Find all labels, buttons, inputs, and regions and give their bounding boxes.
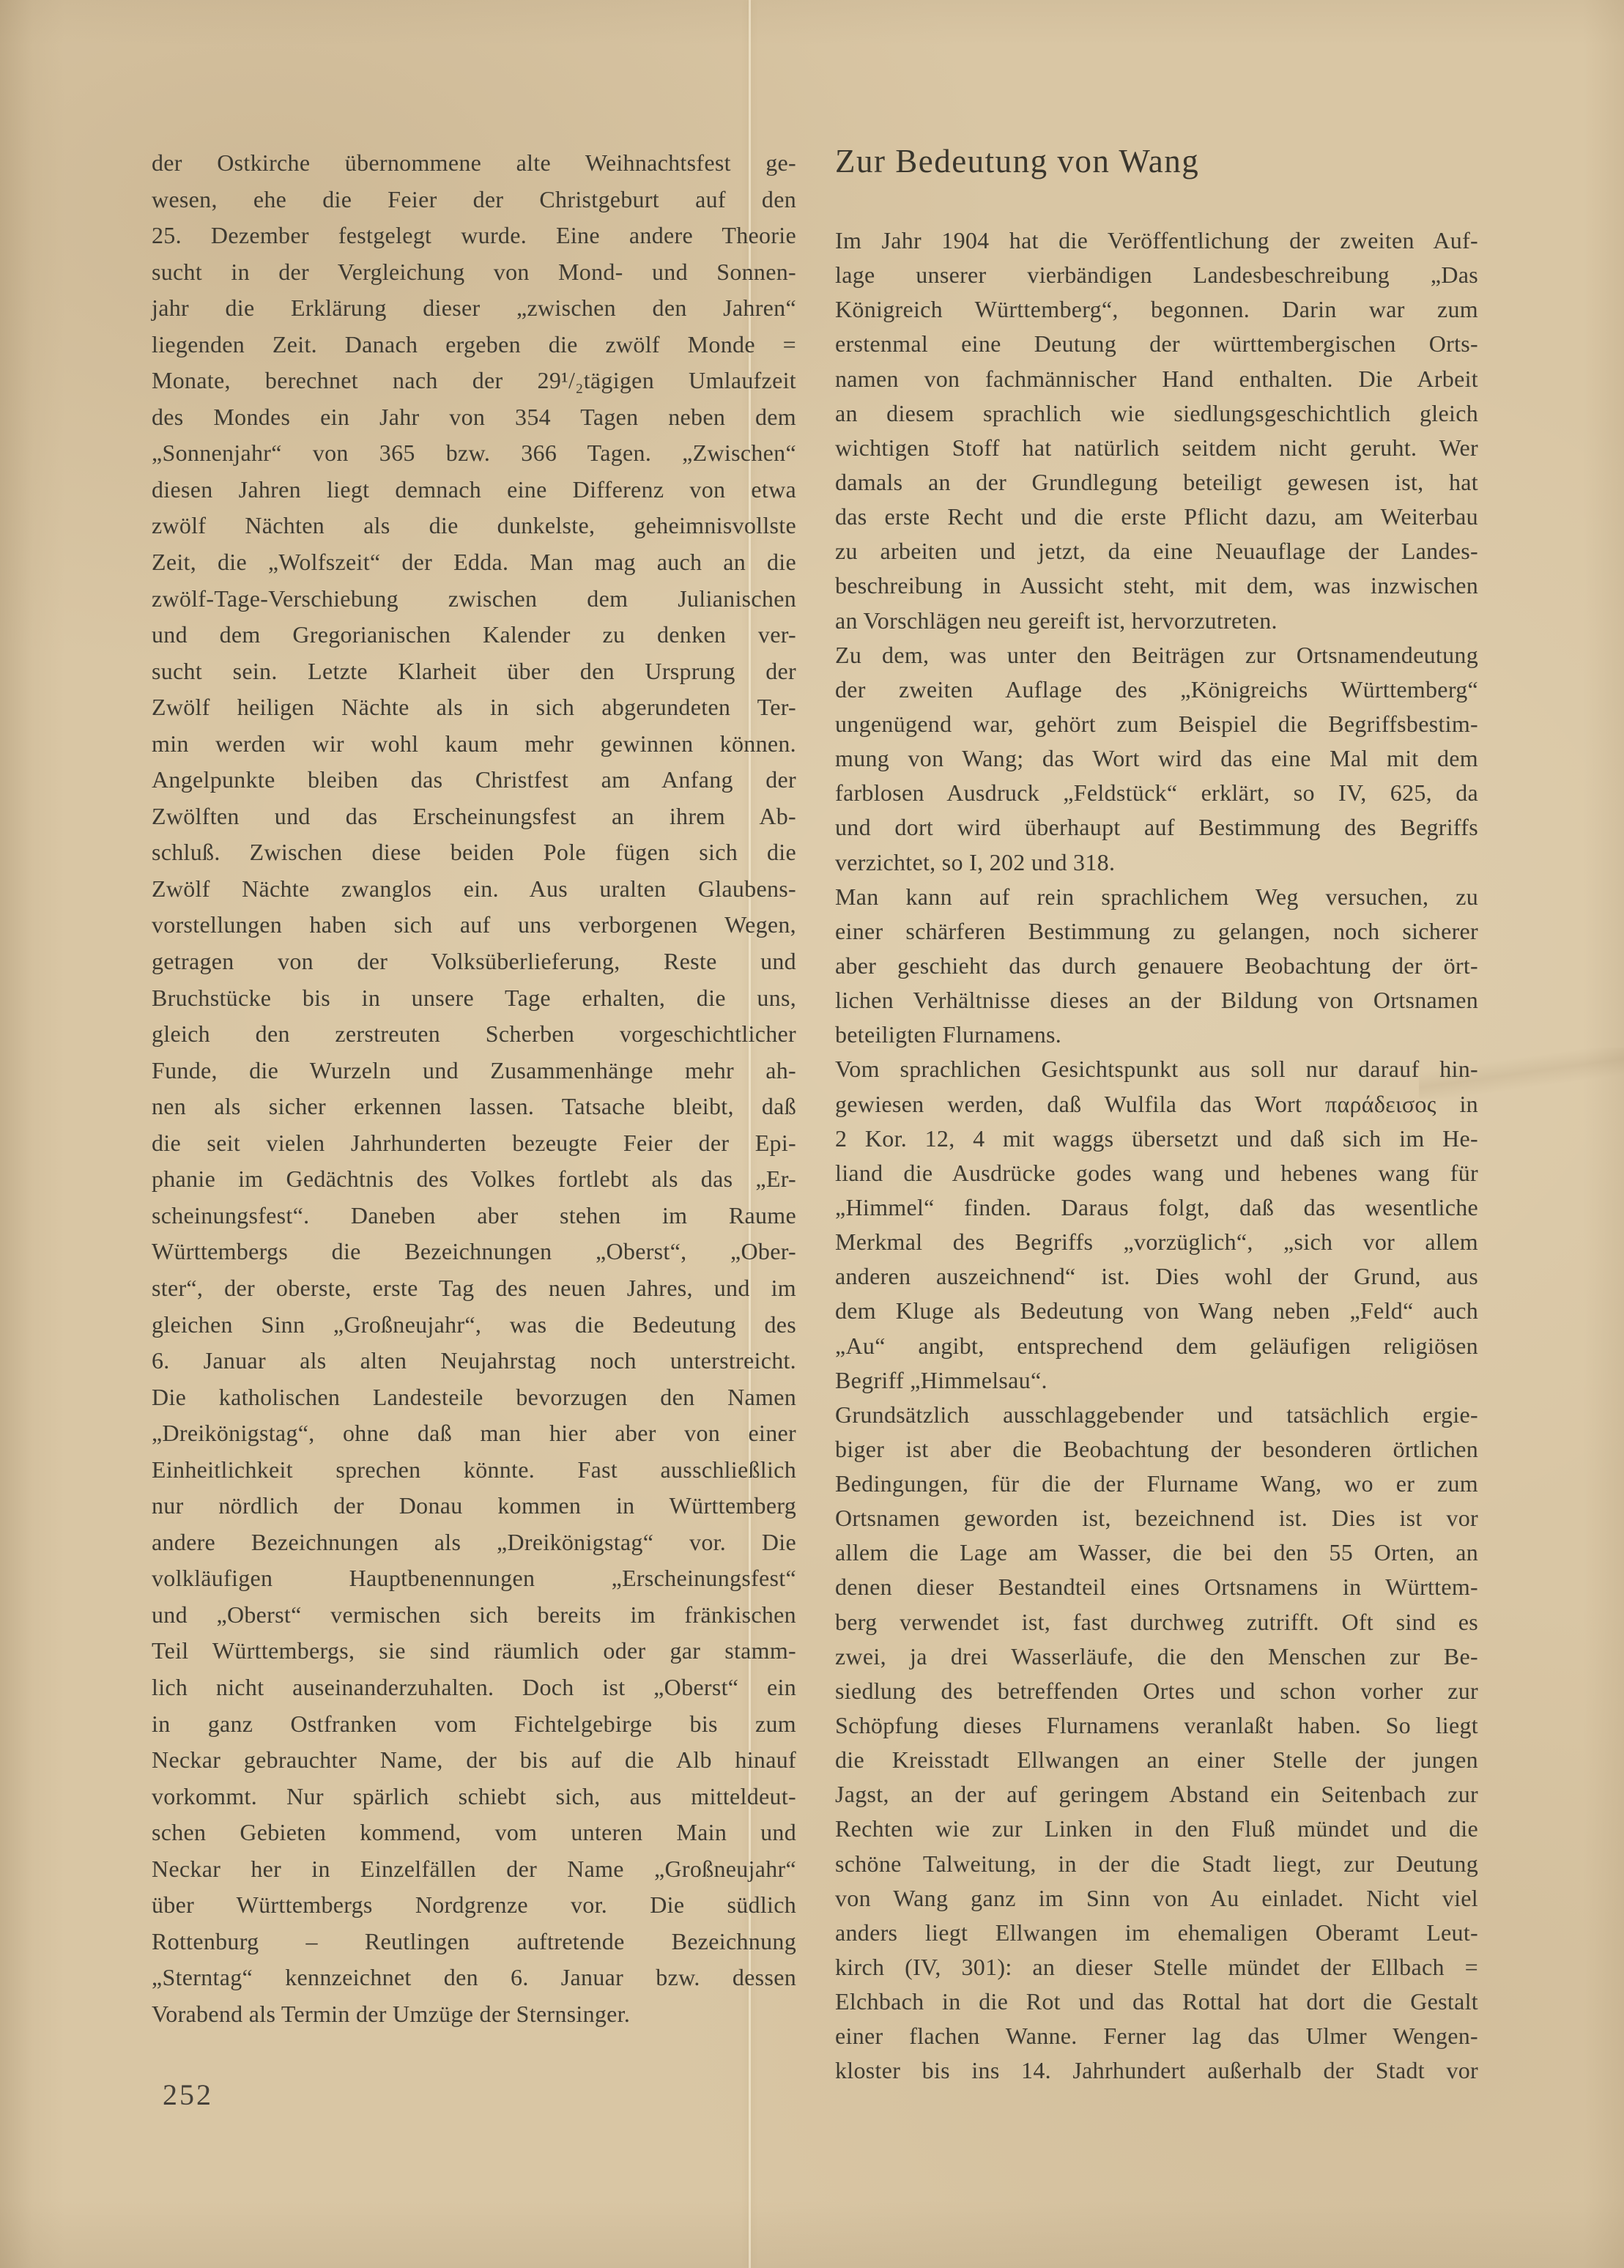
- text-line: ungenügend war, gehört zum Beispiel die …: [835, 707, 1478, 741]
- text-line: andere Bezeichnungen als „Dreikönigstag“…: [152, 1524, 796, 1561]
- text-line: einer flachen Wanne. Ferner lag das Ulme…: [835, 2019, 1478, 2053]
- text-line: an Vorschlägen neu gereift ist, hervorzu…: [835, 604, 1478, 638]
- text-line: Merkmal des Begriffs „vorzüglich“, „sich…: [835, 1225, 1478, 1259]
- text-line: das erste Recht und die erste Pflicht da…: [835, 500, 1478, 534]
- text-line: schöne Talweitung, in der die Stadt lieg…: [835, 1847, 1478, 1881]
- text-line: sucht in der Vergleichung von Mond- und …: [152, 254, 796, 291]
- text-line: Bruchstücke bis in unsere Tage erhalten,…: [152, 980, 796, 1017]
- text-line: Zwölf heiligen Nächte als in sich abgeru…: [152, 689, 796, 726]
- text-line: phanie im Gedächtnis des Volkes fortlebt…: [152, 1161, 796, 1198]
- text-line: Rottenburg – Reutlingen auftretende Beze…: [152, 1924, 796, 1960]
- text-line: liegenden Zeit. Danach ergeben die zwölf…: [152, 327, 796, 363]
- text-line: schen Gebieten kommend, vom unteren Main…: [152, 1815, 796, 1851]
- text-line: 25. Dezember festgelegt wurde. Eine ande…: [152, 218, 796, 254]
- text-line: lichen Verhältnisse dieses an der Bildun…: [835, 983, 1478, 1018]
- text-line: „Himmel“ finden. Daraus folgt, daß das w…: [835, 1190, 1478, 1225]
- text-line: Bedingungen, für die der Flurname Wang, …: [835, 1467, 1478, 1501]
- text-line: die Kreisstadt Ellwangen an einer Stelle…: [835, 1743, 1478, 1777]
- text-line: von Wang ganz im Sinn von Au einladet. N…: [835, 1881, 1478, 1916]
- text-line: vorstellungen haben sich auf uns verborg…: [152, 907, 796, 944]
- text-line: zwölf Nächten als die dunkelste, geheimn…: [152, 508, 796, 544]
- text-line: Zu dem, was unter den Beiträgen zur Orts…: [835, 638, 1478, 672]
- text-line: gleich den zerstreuten Scherben vorgesch…: [152, 1016, 796, 1053]
- text-line: zwei, ja drei Wasserläufe, die den Mensc…: [835, 1639, 1478, 1674]
- text-line: des Mondes ein Jahr von 354 Tagen neben …: [152, 399, 796, 436]
- text-line: Zwölf Nächte zwanglos ein. Aus uralten G…: [152, 871, 796, 908]
- text-line: anderen auszeichnend“ ist. Dies wohl der…: [835, 1259, 1478, 1294]
- text-line: berg verwendet ist, fast durchweg zutrif…: [835, 1605, 1478, 1639]
- text-line: über Württembergs Nordgrenze vor. Die sü…: [152, 1887, 796, 1924]
- text-line: 2 Kor. 12, 4 mit waggs übersetzt und daß…: [835, 1122, 1478, 1156]
- text-line: sucht sein. Letzte Klarheit über den Urs…: [152, 653, 796, 690]
- text-line: diesen Jahren liegt demnach eine Differe…: [152, 472, 796, 508]
- text-line: Grundsätzlich ausschlaggebender und tats…: [835, 1398, 1478, 1432]
- text-line: nur nördlich der Donau kommen in Württem…: [152, 1488, 796, 1524]
- text-line: einer schärferen Bestimmung zu gelangen,…: [835, 914, 1478, 949]
- text-line: Zwölften und das Erscheinungsfest an ihr…: [152, 798, 796, 835]
- text-line: getragen von der Volksüberlieferung, Res…: [152, 944, 796, 980]
- text-line: scheinungsfest“. Daneben aber stehen im …: [152, 1198, 796, 1234]
- text-line: denen dieser Bestandteil eines Ortsnamen…: [835, 1570, 1478, 1604]
- text-line: Württembergs die Bezeichnungen „Oberst“,…: [152, 1234, 796, 1270]
- text-line: liand die Ausdrücke godes wang und heben…: [835, 1156, 1478, 1190]
- text-line: der zweiten Auflage des „Königreichs Wür…: [835, 672, 1478, 707]
- text-line: 6. Januar als alten Neujahrstag noch unt…: [152, 1343, 796, 1379]
- text-line: erstenmal eine Deutung der württembergis…: [835, 327, 1478, 361]
- text-line: nen als sicher erkennen lassen. Tatsache…: [152, 1089, 796, 1125]
- text-line: Neckar gebrauchter Name, der bis auf die…: [152, 1742, 796, 1779]
- right-text-column: Zur Bedeutung von Wang Im Jahr 1904 hat …: [835, 141, 1478, 2089]
- text-line: Ortsnamen geworden ist, bezeichnend ist.…: [835, 1501, 1478, 1535]
- text-line: kirch (IV, 301): an dieser Stelle mündet…: [835, 1950, 1478, 1984]
- right-text-lines: Im Jahr 1904 hat die Veröffentlichung de…: [835, 223, 1478, 2089]
- article-title: Zur Bedeutung von Wang: [835, 141, 1478, 182]
- text-line: anders liegt Ellwangen im ehemaligen Obe…: [835, 1916, 1478, 1950]
- text-line: zu arbeiten und jetzt, da eine Neuauflag…: [835, 534, 1478, 568]
- text-line: farblosen Ausdruck „Feldstück“ erklärt, …: [835, 776, 1478, 810]
- text-line: „Sonnenjahr“ von 365 bzw. 366 Tagen. „Zw…: [152, 435, 796, 472]
- text-line: zwölf-Tage-Verschiebung zwischen dem Jul…: [152, 581, 796, 618]
- text-line: Einheitlichkeit sprechen könnte. Fast au…: [152, 1452, 796, 1489]
- text-line: biger ist aber die Beobachtung der beson…: [835, 1432, 1478, 1467]
- text-line: „Sterntag“ kennzeichnet den 6. Januar bz…: [152, 1960, 796, 1996]
- text-line: schluß. Zwischen diese beiden Pole fügen…: [152, 834, 796, 871]
- text-line: Vorabend als Termin der Umzüge der Stern…: [152, 1996, 796, 2033]
- text-line: Teil Württembergs, sie sind räumlich ode…: [152, 1633, 796, 1669]
- text-line: lage unserer vierbändigen Landesbeschrei…: [835, 258, 1478, 292]
- text-line: Elchbach in die Rot und das Rottal hat d…: [835, 1984, 1478, 2019]
- text-line: damals an der Grundlegung beteiligt gewe…: [835, 465, 1478, 500]
- text-line: wesen, ehe die Feier der Christgeburt au…: [152, 182, 796, 218]
- text-line: Jagst, an der auf geringem Abstand ein S…: [835, 1777, 1478, 1812]
- text-line: Funde, die Wurzeln und Zusammenhänge meh…: [152, 1053, 796, 1089]
- text-line: die seit vielen Jahrhunderten bezeugte F…: [152, 1125, 796, 1162]
- text-line: Königreich Württemberg“, begonnen. Darin…: [835, 292, 1478, 327]
- text-line: und dem Gregorianischen Kalender zu denk…: [152, 617, 796, 653]
- text-line: verzichtet, so I, 202 und 318.: [835, 845, 1478, 880]
- left-text-column: der Ostkirche übernommene alte Weihnacht…: [152, 145, 796, 2032]
- scanned-book-page: { "colors": { "paper": "#d9c6a4", "ink":…: [0, 0, 1624, 2268]
- text-line: und dort wird überhaupt auf Bestimmung d…: [835, 810, 1478, 845]
- text-line: Begriff „Himmelsau“.: [835, 1363, 1478, 1398]
- text-line: jahr die Erklärung dieser „zwischen den …: [152, 290, 796, 327]
- text-line: Im Jahr 1904 hat die Veröffentlichung de…: [835, 223, 1478, 258]
- text-line: Zeit, die „Wolfszeit“ der Edda. Man mag …: [152, 544, 796, 581]
- text-line: siedlung des betreffenden Ortes und scho…: [835, 1674, 1478, 1708]
- text-line: gewiesen werden, daß Wulfila das Wort πα…: [835, 1087, 1478, 1122]
- text-line: „Dreikönigstag“, ohne daß man hier aber …: [152, 1415, 796, 1452]
- text-line: kloster bis ins 14. Jahrhundert außerhal…: [835, 2053, 1478, 2088]
- text-line: Man kann auf rein sprachlichem Weg versu…: [835, 880, 1478, 914]
- text-line: beschreibung in Aussicht steht, mit dem,…: [835, 568, 1478, 603]
- text-line: ster“, der oberste, erste Tag des neuen …: [152, 1270, 796, 1307]
- text-line: min werden wir wohl kaum mehr gewinnen k…: [152, 726, 796, 763]
- text-line: wichtigen Stoff hat natürlich seitdem ni…: [835, 431, 1478, 465]
- text-line: der Ostkirche übernommene alte Weihnacht…: [152, 145, 796, 182]
- text-line: vorkommt. Nur spärlich schiebt sich, aus…: [152, 1779, 796, 1815]
- text-line: Die katholischen Landesteile bevorzugen …: [152, 1379, 796, 1416]
- text-line: mung von Wang; das Wort wird das eine Ma…: [835, 741, 1478, 776]
- text-line: Angelpunkte bleiben das Christfest am An…: [152, 762, 796, 798]
- page-number: 252: [163, 2078, 213, 2112]
- text-line: „Au“ angibt, entsprechend dem geläufigen…: [835, 1329, 1478, 1363]
- text-line: dem Kluge als Bedeutung von Wang neben „…: [835, 1294, 1478, 1328]
- text-line: gleichen Sinn „Großneujahr“, was die Bed…: [152, 1307, 796, 1344]
- text-line: aber geschieht das durch genauere Beobac…: [835, 949, 1478, 983]
- text-line: Schöpfung dieses Flurnamens veranlaßt ha…: [835, 1708, 1478, 1743]
- text-line: Rechten wie zur Linken in den Fluß münde…: [835, 1812, 1478, 1846]
- text-line: namen von fachmännischer Hand enthalten.…: [835, 362, 1478, 396]
- text-line: lich nicht auseinanderzuhalten. Doch ist…: [152, 1669, 796, 1706]
- text-line: allem die Lage am Wasser, die bei den 55…: [835, 1535, 1478, 1570]
- text-line: und „Oberst“ vermischen sich bereits im …: [152, 1597, 796, 1634]
- text-line: Vom sprachlichen Gesichtspunkt aus soll …: [835, 1052, 1478, 1086]
- text-line: volkläufigen Hauptbenennungen „Erscheinu…: [152, 1560, 796, 1597]
- text-line: Monate, berechnet nach der 29¹/₂tägigen …: [152, 363, 796, 399]
- text-line: an diesem sprachlich wie siedlungsgeschi…: [835, 396, 1478, 431]
- text-line: beteiligten Flurnamens.: [835, 1018, 1478, 1052]
- text-line: Neckar her in Einzelfällen der Name „Gro…: [152, 1851, 796, 1888]
- text-line: in ganz Ostfranken vom Fichtelgebirge bi…: [152, 1706, 796, 1743]
